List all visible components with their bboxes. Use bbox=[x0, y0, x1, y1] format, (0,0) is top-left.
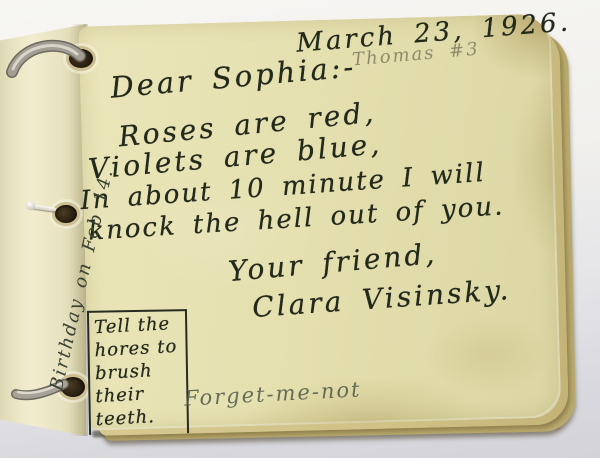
punch-hole-middle bbox=[52, 202, 80, 226]
photo-scene: March 23, 1926. Thomas #3 Dear Sophia:- … bbox=[0, 0, 600, 458]
boxed-note: Tell the hores to brush their teeth. bbox=[87, 309, 189, 435]
boxed-note-line-5: teeth. bbox=[90, 403, 187, 431]
binder-ring-top-icon bbox=[4, 30, 96, 82]
